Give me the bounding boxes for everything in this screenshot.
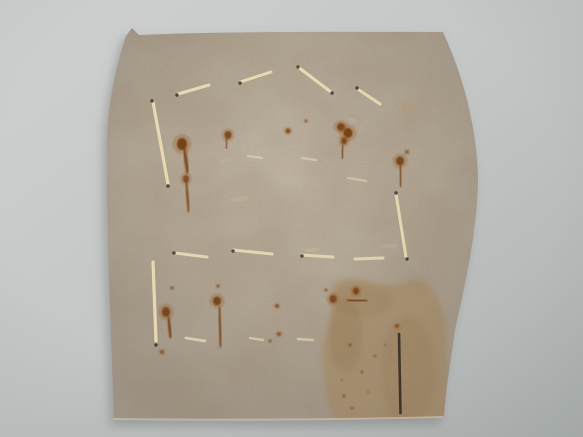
card-surface: [90, 20, 490, 430]
rust-spot: [162, 307, 170, 317]
rust-spot: [341, 138, 347, 145]
rust-spot: [277, 332, 281, 336]
needle-card-photo: [0, 0, 583, 437]
pinhole: [394, 191, 397, 194]
rust-spot: [395, 324, 399, 328]
photograph-needle-card: [0, 0, 583, 437]
rust-spot: [361, 371, 364, 374]
pinhole: [405, 257, 408, 260]
pinhole: [238, 81, 241, 84]
pinhole: [166, 184, 169, 187]
rust-spot: [353, 288, 359, 295]
rust-spot: [177, 138, 187, 150]
pinhole: [300, 254, 303, 257]
rust-spot: [183, 175, 189, 183]
rust-drip: [400, 166, 401, 186]
pinhole: [150, 99, 153, 102]
rust-spot: [341, 379, 343, 381]
rust-spot: [396, 157, 404, 166]
pinhole: [355, 86, 358, 89]
pinhole: [172, 251, 175, 254]
pinhole: [154, 343, 157, 346]
thread-stitch: [302, 255, 333, 257]
stain-shading: [382, 317, 434, 427]
rust-spot: [275, 304, 279, 308]
rust-spot: [367, 391, 369, 393]
pinhole: [175, 93, 178, 96]
rust-spot: [325, 289, 328, 292]
rust-spot: [374, 355, 377, 358]
rust-spot: [217, 285, 220, 288]
pinhole: [231, 249, 234, 252]
pinhole: [330, 91, 333, 94]
rust-spot: [269, 340, 272, 343]
thread-stitch: [298, 339, 313, 340]
rust-spot: [330, 295, 337, 303]
needle: [399, 334, 401, 413]
rust-spot: [305, 120, 308, 123]
rust-spot: [343, 395, 346, 398]
rust-spot: [351, 407, 354, 410]
rust-spot: [286, 129, 291, 134]
thread-stitch: [355, 258, 383, 259]
rust-drip: [342, 146, 343, 158]
rust-spot: [349, 344, 352, 347]
rust-spot: [225, 131, 232, 139]
rust-drip: [348, 300, 366, 301]
rust-spot: [160, 350, 164, 354]
rust-spot: [213, 297, 221, 306]
rust-spot: [384, 344, 386, 346]
pinhole: [296, 65, 299, 68]
rust-spot: [171, 287, 174, 290]
rust-spot: [405, 150, 409, 154]
